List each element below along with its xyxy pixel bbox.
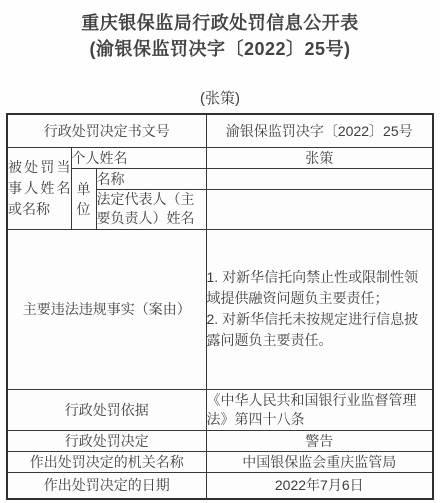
penalty-disclosure-document: 重庆银保监局行政处罚信息公开表 (渝银保监罚决字〔2022〕25号) (张策) …: [0, 0, 440, 503]
deciding-authority-value: 中国银保监会重庆监管局: [206, 451, 433, 472]
legal-rep-label: 法定代表人（主要负责人）姓名: [96, 189, 206, 229]
document-title-line2: (渝银保监罚决字〔2022〕25号): [0, 36, 440, 62]
decision-date-label: 作出处罚决定的日期: [7, 472, 206, 499]
individual-name-value: 张策: [206, 147, 433, 168]
subject-name: (张策): [0, 90, 440, 108]
penalty-basis-label: 行政处罚依据: [7, 389, 206, 430]
decision-doc-number-value: 渝银保监罚决字〔2022〕25号: [206, 114, 433, 147]
document-title: 重庆银保监局行政处罚信息公开表 (渝银保监罚决字〔2022〕25号): [0, 0, 440, 62]
legal-rep-value: [206, 189, 433, 229]
penalty-decision-value: 警告: [206, 430, 433, 451]
row-deciding-authority: 作出处罚决定的机关名称 中国银保监会重庆监管局: [7, 451, 433, 472]
violation-facts-value: 1. 对新华信托向禁止性或限制性领域提供融资问题负主要责任； 2. 对新华信托未…: [206, 229, 433, 389]
penalty-decision-label: 行政处罚决定: [7, 430, 206, 451]
decision-date-value: 2022年7月6日: [206, 472, 433, 499]
row-unit-name: 单位 名称: [7, 168, 433, 189]
individual-name-label: 个人姓名: [71, 147, 206, 168]
row-individual-name: 被处罚当事人姓名或名称 个人姓名 张策: [7, 147, 433, 168]
row-decision-doc-number: 行政处罚决定书文号 渝银保监罚决字〔2022〕25号: [7, 114, 433, 147]
penalty-basis-value: 《中华人民共和国银行业监督管理法》第四十八条: [206, 389, 433, 430]
punished-party-group-label: 被处罚当事人姓名或名称: [7, 147, 71, 229]
decision-doc-number-label: 行政处罚决定书文号: [7, 114, 206, 147]
unit-label: 单位: [71, 168, 96, 229]
penalty-info-table: 行政处罚决定书文号 渝银保监罚决字〔2022〕25号 被处罚当事人姓名或名称 个…: [6, 113, 434, 500]
row-violation-facts: 主要违法违规事实（案由） 1. 对新华信托向禁止性或限制性领域提供融资问题负主要…: [7, 229, 433, 389]
row-decision-date: 作出处罚决定的日期 2022年7月6日: [7, 472, 433, 499]
row-penalty-basis: 行政处罚依据 《中华人民共和国银行业监督管理法》第四十八条: [7, 389, 433, 430]
unit-name-value: [206, 168, 433, 189]
row-penalty-decision: 行政处罚决定 警告: [7, 430, 433, 451]
unit-name-label: 名称: [96, 168, 206, 189]
document-title-line1: 重庆银保监局行政处罚信息公开表: [0, 10, 440, 36]
violation-facts-label: 主要违法违规事实（案由）: [7, 229, 206, 389]
deciding-authority-label: 作出处罚决定的机关名称: [7, 451, 206, 472]
